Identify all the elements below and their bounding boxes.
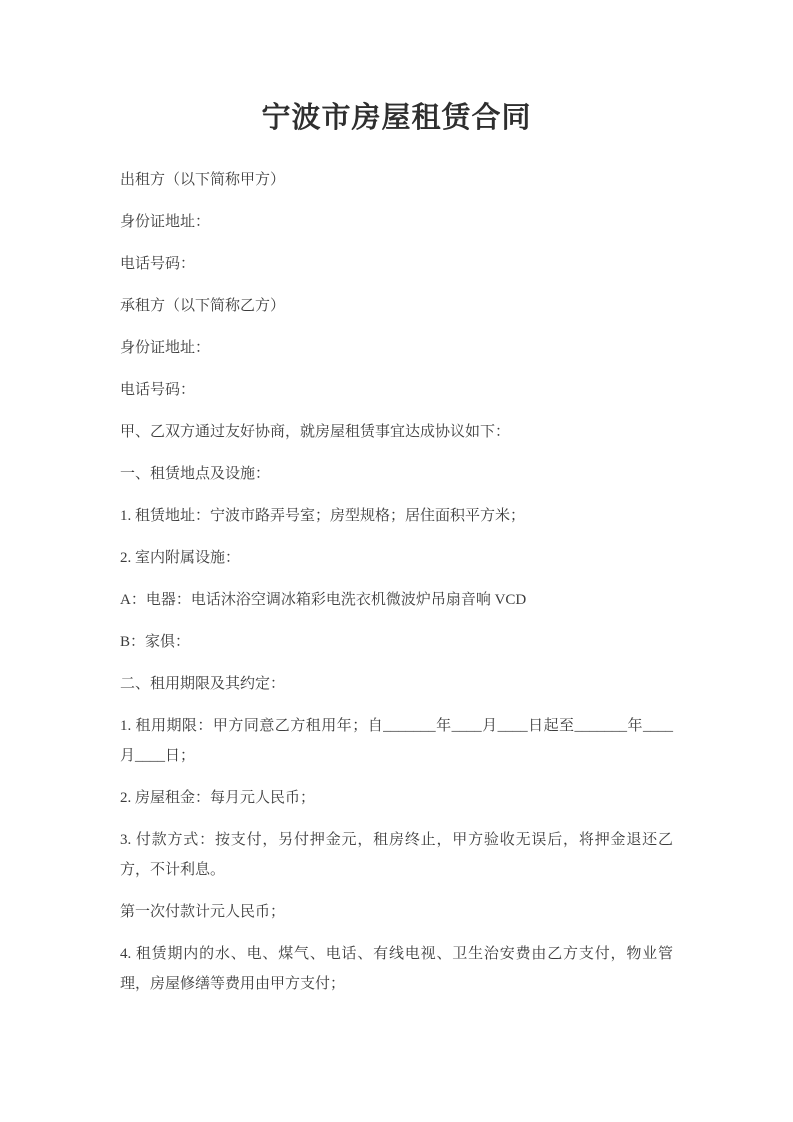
paragraph-lessor: 出租方（以下简称甲方） [120, 165, 673, 195]
paragraph-utilities: 4. 租赁期内的水、电、煤气、电话、有线电视、卫生治安费由乙方支付，物业管理，房… [120, 939, 673, 999]
paragraph-lessee: 承租方（以下简称乙方） [120, 291, 673, 321]
contract-body: 出租方（以下简称甲方） 身份证地址： 电话号码： 承租方（以下简称乙方） 身份证… [120, 165, 673, 999]
paragraph-payment-method: 3. 付款方式：按支付，另付押金元，租房终止，甲方验收无误后，将押金退还乙方，不… [120, 825, 673, 885]
paragraph-section-1-heading: 一、租赁地点及设施： [120, 459, 673, 489]
paragraph-furniture: B：家俱： [120, 627, 673, 657]
paragraph-id-address-a: 身份证地址： [120, 207, 673, 237]
paragraph-first-payment: 第一次付款计元人民币； [120, 897, 673, 927]
paragraph-lease-term: 1. 租用期限：甲方同意乙方租用年；自_______年____月____日起至_… [120, 711, 673, 771]
contract-title: 宁波市房屋租赁合同 [0, 100, 793, 136]
paragraph-id-address-b: 身份证地址： [120, 333, 673, 363]
paragraph-rental-address: 1. 租赁地址：宁波市路弄号室；房型规格；居住面积平方米； [120, 501, 673, 531]
paragraph-indoor-facilities: 2. 室内附属设施： [120, 543, 673, 573]
paragraph-appliances: A：电器：电话沐浴空调冰箱彩电洗衣机微波炉吊扇音响 VCD [120, 585, 673, 615]
paragraph-phone-a: 电话号码： [120, 249, 673, 279]
paragraph-section-2-heading: 二、租用期限及其约定： [120, 669, 673, 699]
paragraph-phone-b: 电话号码： [120, 375, 673, 405]
paragraph-rent: 2. 房屋租金：每月元人民币； [120, 783, 673, 813]
contract-page: 宁波市房屋租赁合同 出租方（以下简称甲方） 身份证地址： 电话号码： 承租方（以… [0, 0, 793, 1122]
paragraph-agreement-intro: 甲、乙双方通过友好协商，就房屋租赁事宜达成协议如下： [120, 417, 673, 447]
